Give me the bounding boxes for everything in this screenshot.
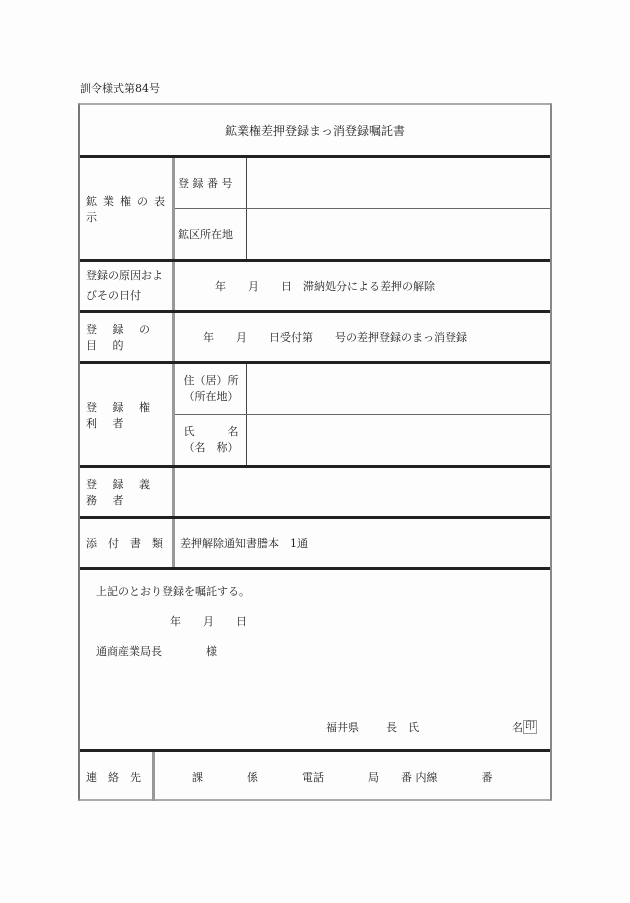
cause-label-line1: 登録の原因およ (86, 266, 163, 286)
column-divider (172, 516, 175, 567)
seal-icon: 印 (523, 720, 537, 734)
address-label-line2: （所在地） (184, 389, 239, 405)
obligor-field[interactable] (180, 468, 548, 516)
column-divider (172, 158, 175, 516)
column-divider (152, 752, 155, 801)
address-field[interactable] (248, 364, 548, 414)
form-number: 訓令様式第84号 (80, 80, 160, 96)
mine-location-label: 鉱区所在地 (178, 209, 244, 259)
signer-prefecture: 福井県 (326, 717, 359, 737)
statement-date[interactable]: 年 月 日 (170, 611, 247, 631)
addressee: 通商産業局長 様 (96, 641, 217, 661)
signer-title: 長 氏 (386, 717, 419, 737)
mining-right-label: 鉱業権の表示 (86, 158, 172, 259)
attachments-value[interactable]: 差押解除通知書謄本 1通 (180, 519, 548, 567)
address-label: 住（居）所 （所在地） (178, 364, 244, 414)
form-title: 鉱業権差押登録まっ消登録嘱託書 (80, 105, 550, 155)
seal-mark: 印 (523, 717, 537, 737)
signer-name-suffix: 名 (512, 717, 523, 737)
name-field[interactable] (248, 415, 548, 465)
name-label: 氏 名 （名 称） (178, 415, 244, 465)
registration-number-field[interactable] (248, 158, 548, 208)
cause-label: 登録の原因およ びその日付 (86, 262, 172, 310)
cause-value[interactable]: 年 月 日 滞納処分による差押の解除 (215, 262, 548, 310)
name-label-line1: 氏 名 (184, 424, 239, 440)
purpose-value[interactable]: 年 月 日受付第 号の差押登録のまっ消登録 (203, 313, 548, 361)
divider (80, 567, 550, 570)
contact-label-text: 連 絡 先 (86, 769, 141, 785)
commission-form-table: 鉱業権差押登録まっ消登録嘱託書 鉱業権の表示 登 録 番 号 鉱区所在地 登録の… (78, 103, 552, 801)
mine-location-field[interactable] (248, 209, 548, 259)
purpose-label: 登 録 の 目 的 (86, 313, 172, 361)
address-label-line1: 住（居）所 (184, 373, 239, 389)
cause-label-line2: びその日付 (86, 286, 141, 306)
contact-value[interactable]: 課 係 電話 局 番 内線 番 (192, 752, 548, 801)
attachments-label: 添 付 書 類 (86, 519, 172, 567)
right-holder-label: 登 録 権 利 者 (86, 364, 172, 465)
obligor-label: 登 録 義 務 者 (86, 468, 172, 516)
name-label-line2: （名 称） (184, 440, 239, 456)
contact-label: 連 絡 先 (86, 752, 150, 801)
registration-number-label: 登 録 番 号 (178, 158, 244, 208)
statement-text: 上記のとおり登録を嘱託する。 (96, 581, 250, 601)
